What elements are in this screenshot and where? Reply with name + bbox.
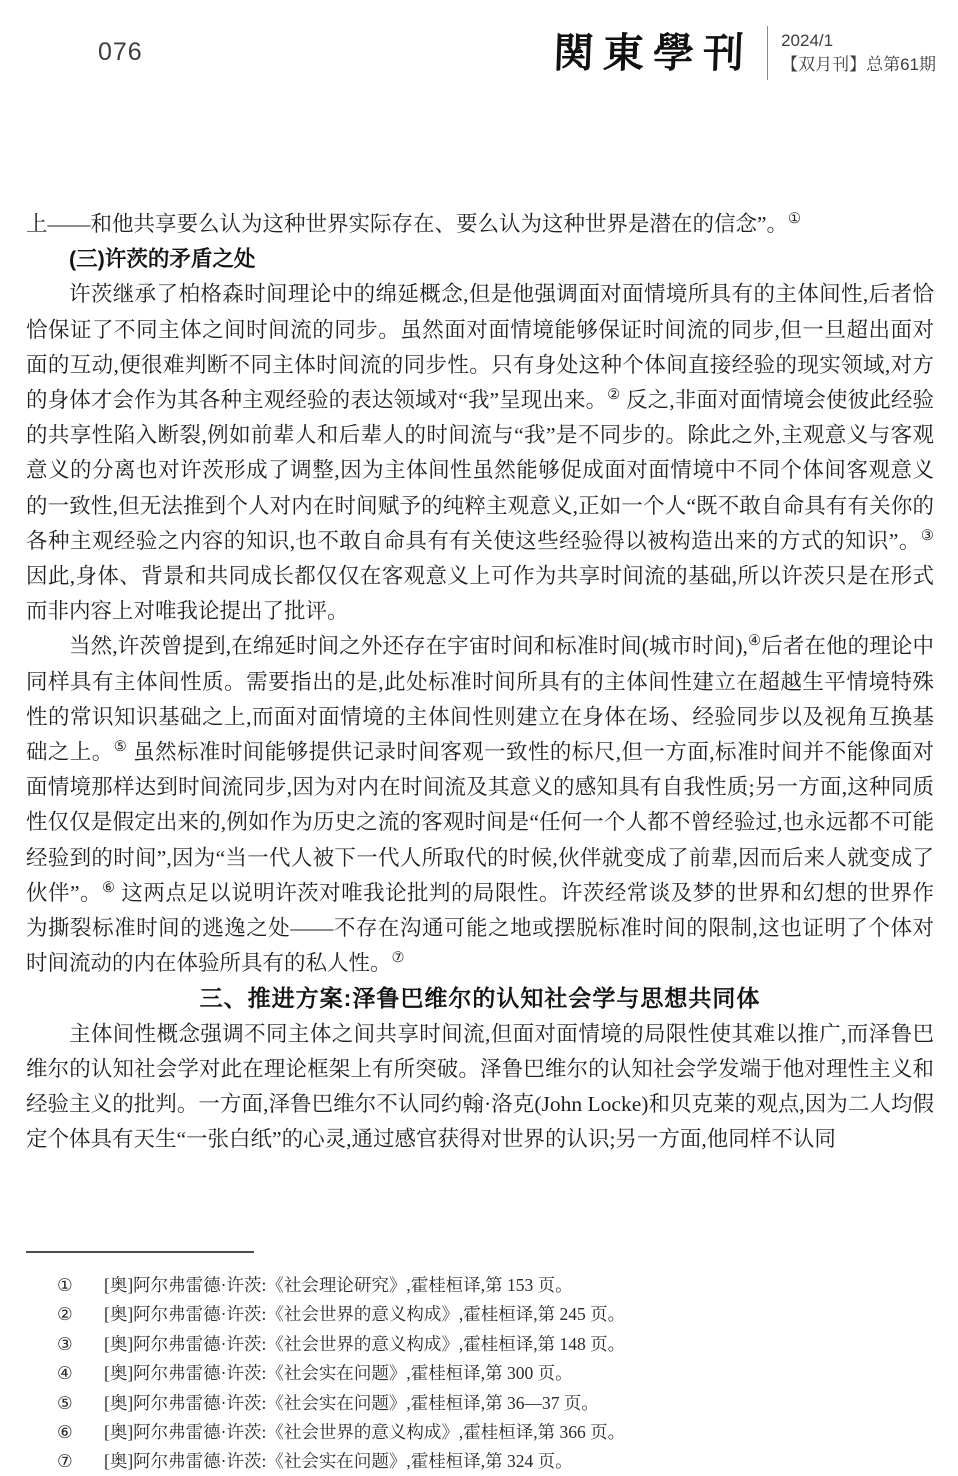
footnote-number: ④ (57, 1359, 104, 1388)
footnote-item: ⑥ [奥]阿尔弗雷德·许茨:《社会世界的意义构成》,霍桂桓译,第 366 页。 (26, 1418, 934, 1447)
journal-page: 076 関東學刊 2024/1 【双月刊】总第61期 上——和他共享要么认为这种… (0, 0, 958, 1476)
issue-info: 2024/1 【双月刊】总第61期 (781, 29, 936, 77)
footnote-item: ② [奥]阿尔弗雷德·许茨:《社会世界的意义构成》,霍桂桓译,第 245 页。 (26, 1300, 934, 1329)
journal-logo: 関東學刊 (552, 33, 759, 74)
footnote-item: ① [奥]阿尔弗雷德·许茨:《社会理论研究》,霍桂桓译,第 153 页。 (26, 1271, 934, 1300)
footnote-number: ⑦ (57, 1447, 104, 1476)
footnote-separator-rule (26, 1251, 254, 1253)
subsection-heading: (三)许茨的矛盾之处 (26, 242, 934, 277)
footnote-text: [奥]阿尔弗雷德·许茨:《社会实在问题》,霍桂桓译,第 300 页。 (104, 1359, 934, 1388)
footnote-item: ⑤ [奥]阿尔弗雷德·许茨:《社会实在问题》,霍桂桓译,第 36—37 页。 (26, 1389, 934, 1418)
masthead-divider (767, 26, 768, 80)
page-number: 076 (98, 38, 143, 67)
footnote-number: ① (57, 1271, 104, 1300)
issue-date: 2024/1 (781, 29, 936, 53)
paragraph-1: 许茨继承了柏格森时间理论中的绵延概念,但是他强调面对面情境所具有的主体间性,后者… (26, 277, 934, 629)
footnote-number: ② (57, 1300, 104, 1329)
footnote-text: [奥]阿尔弗雷德·许茨:《社会世界的意义构成》,霍桂桓译,第 245 页。 (104, 1300, 934, 1329)
footnote-number: ③ (57, 1330, 104, 1359)
footnote-number: ⑤ (57, 1389, 104, 1418)
footnote-item: ⑦ [奥]阿尔弗雷德·许茨:《社会实在问题》,霍桂桓译,第 324 页。 (26, 1447, 934, 1476)
footnote-text: [奥]阿尔弗雷德·许茨:《社会实在问题》,霍桂桓译,第 36—37 页。 (104, 1389, 934, 1418)
article-body: 上——和他共享要么认为这种世界实际存在、要么认为这种世界是潜在的信念”。① (三… (26, 207, 934, 1157)
footnote-text: [奥]阿尔弗雷德·许茨:《社会世界的意义构成》,霍桂桓译,第 366 页。 (104, 1418, 934, 1447)
lead-continuation-paragraph: 上——和他共享要么认为这种世界实际存在、要么认为这种世界是潜在的信念”。① (26, 207, 934, 242)
footnotes-block: ① [奥]阿尔弗雷德·许茨:《社会理论研究》,霍桂桓译,第 153 页。 ② [… (26, 1251, 934, 1476)
paragraph-2: 当然,许茨曾提到,在绵延时间之外还存在宇宙时间和标准时间(城市时间),④后者在他… (26, 629, 934, 981)
footnote-item: ③ [奥]阿尔弗雷德·许茨:《社会世界的意义构成》,霍桂桓译,第 148 页。 (26, 1330, 934, 1359)
footnote-text: [奥]阿尔弗雷德·许茨:《社会理论研究》,霍桂桓译,第 153 页。 (104, 1271, 934, 1300)
footnote-text: [奥]阿尔弗雷德·许茨:《社会世界的意义构成》,霍桂桓译,第 148 页。 (104, 1330, 934, 1359)
footnote-number: ⑥ (57, 1418, 104, 1447)
issue-number: 【双月刊】总第61期 (781, 53, 936, 77)
footnote-item: ④ [奥]阿尔弗雷德·许茨:《社会实在问题》,霍桂桓译,第 300 页。 (26, 1359, 934, 1388)
journal-masthead: 関東學刊 2024/1 【双月刊】总第61期 (553, 26, 936, 80)
section-heading: 三、推进方案:泽鲁巴维尔的认知社会学与思想共同体 (26, 981, 934, 1016)
footnote-text: [奥]阿尔弗雷德·许茨:《社会实在问题》,霍桂桓译,第 324 页。 (104, 1447, 934, 1476)
paragraph-3: 主体间性概念强调不同主体之间共享时间流,但面对面情境的局限性使其难以推广,而泽鲁… (26, 1017, 934, 1158)
